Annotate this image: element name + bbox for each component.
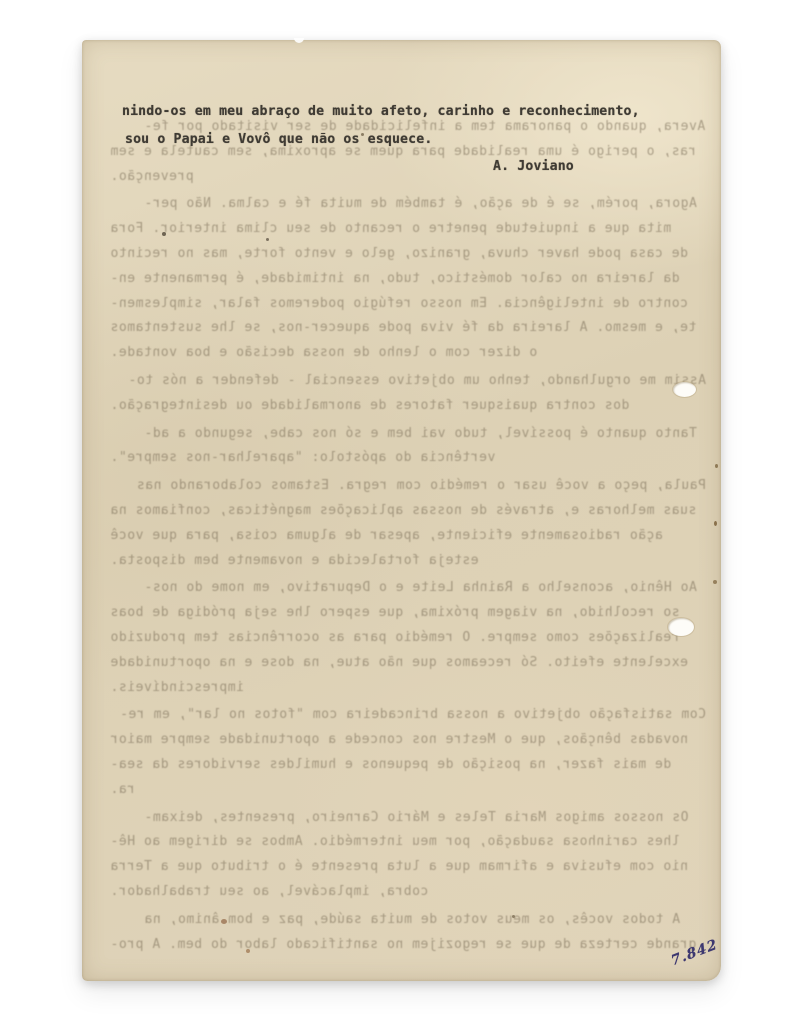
bleedthrough-line: imprescindíveis. (110, 676, 706, 701)
paper-stain (715, 464, 718, 468)
bleedthrough-line: ra. (110, 778, 706, 803)
bleedthrough-line: realizações como sempre. O remédio para … (110, 626, 706, 651)
paper-edge-chip (294, 38, 304, 43)
paper-stain (713, 580, 717, 584)
bleedthrough-line: ação radiosamente eficiente, apesar de a… (110, 524, 706, 549)
paper-stain (361, 133, 364, 136)
bleedthrough-line: A todos vocês, os meus votos de muita sa… (110, 908, 706, 933)
bleedthrough-line: novadas bênçãos, que o Mestre nos conced… (110, 728, 706, 753)
paper-stain (714, 521, 717, 526)
bleedthrough-text-layer: Avera, quando o panorama tem a infelicid… (110, 112, 706, 957)
bleedthrough-line: dos contra quaisquer fatores de anormali… (110, 394, 706, 419)
bleedthrough-line: Agora, porém, se é de ação, é também de … (110, 192, 706, 217)
bleedthrough-line: so recolhido, na viagem próxima, que esp… (110, 601, 706, 626)
bleedthrough-line: nio com efusiva e afirmam que a luta pre… (110, 855, 706, 880)
bleedthrough-line: cobra, implacável, ao seu trabalhador. (110, 880, 706, 905)
bleedthrough-line: lhes carinhosa saudação, por meu intermé… (110, 830, 706, 855)
paper-hole (668, 618, 694, 636)
bleedthrough-line: mita que a inquietude penetre o recanto … (110, 217, 706, 242)
paper-stain (221, 919, 227, 924)
bleedthrough-line: da lareira no calor doméstico, tudo, na … (110, 267, 706, 292)
bleedthrough-line: suas melhoras e, através de nossas aplic… (110, 499, 706, 524)
document-page: Avera, quando o panorama tem a infelicid… (82, 40, 721, 981)
paper-stain (512, 915, 515, 918)
scanned-letter-photo: Avera, quando o panorama tem a infelicid… (0, 0, 806, 1024)
paper-stain (246, 949, 250, 953)
typed-line-1: nindo-os em meu abraço de muito afeto, c… (122, 98, 682, 126)
paper-hole (673, 382, 696, 397)
typed-text-block: nindo-os em meu abraço de muito afeto, c… (122, 98, 682, 181)
bleedthrough-line: Paula, peço a você usar o remédio com re… (110, 474, 706, 499)
bleedthrough-line: Assim me orgulhando, tenho um objetivo e… (110, 369, 706, 394)
bleedthrough-line: grande certeza de que se regozijem no sa… (110, 933, 706, 958)
bleedthrough-line: de mais fazer, na posição de pequenos e … (110, 753, 706, 778)
bleedthrough-line: Os nossos amigos Maria Teles e Mário Car… (110, 806, 706, 831)
signature: A. Joviano (122, 153, 682, 181)
bleedthrough-line: excelente efeito. Só receamos que não at… (110, 651, 706, 676)
typed-line-2: sou o Papai e Vovô que não os esquece. (122, 126, 682, 154)
bleedthrough-line: de casa pode haver chuva, granizo, gelo … (110, 242, 706, 267)
bleedthrough-line: Tanto quanto é possível, tudo vai bem e … (110, 422, 706, 447)
bleedthrough-line: vertência do apóstolo: "aparelhar-nos se… (110, 446, 706, 471)
bleedthrough-line: Com satisfação objetivo a nossa brincade… (110, 703, 706, 728)
paper-stain (162, 232, 166, 236)
bleedthrough-line: Ao Hênio, aconselho a Rainha Leite e o D… (110, 576, 706, 601)
archival-number: 7.842 (670, 936, 720, 969)
bleedthrough-line: esteja fortalecida e novamente bem dispo… (110, 549, 706, 574)
bleedthrough-line: contro de inteligência. Em nosso refúgio… (110, 292, 706, 317)
bleedthrough-line: te, e mesmo. A lareira da fé viva pode a… (110, 316, 706, 341)
bleedthrough-line: o dizer com o lenho de nossa decisão e b… (110, 341, 706, 366)
paper-stain (266, 238, 269, 241)
